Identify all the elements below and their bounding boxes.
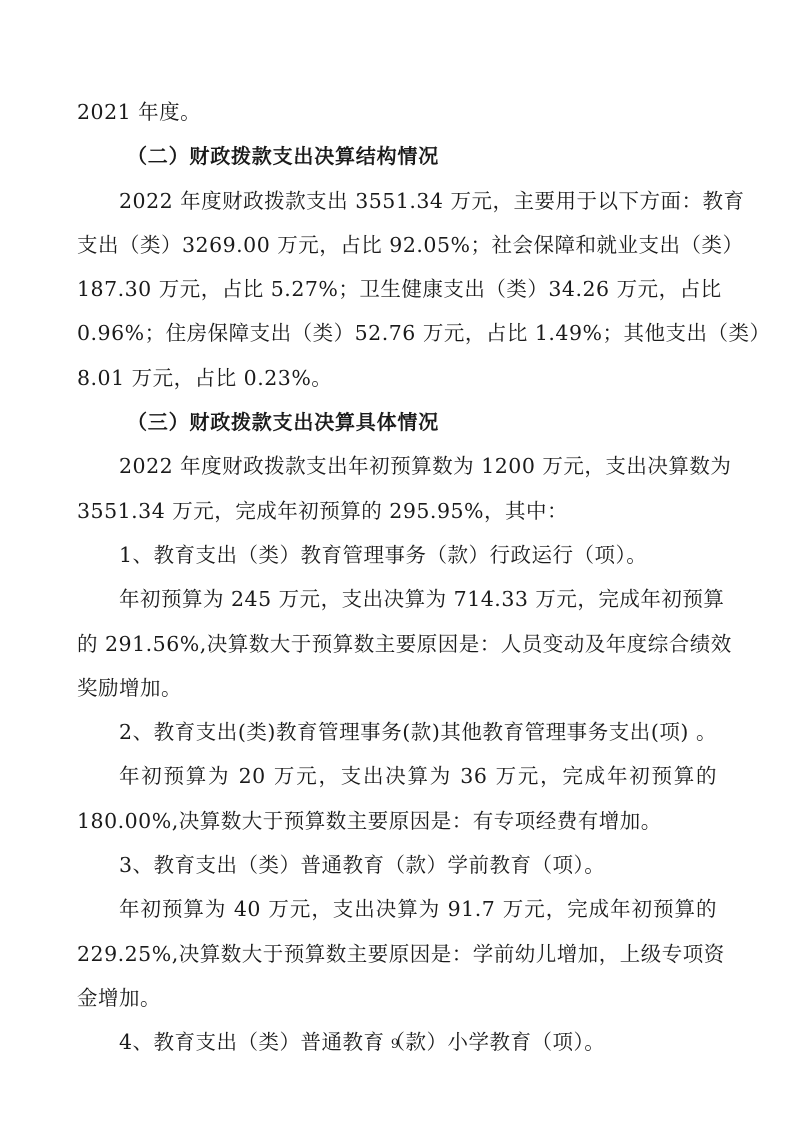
paragraph-line: 年初预算为 245 万元，支出决算为 714.33 万元，完成年初预算: [77, 583, 717, 627]
paragraph-line: 奖励增加。: [77, 672, 717, 716]
paragraph-line: 支出（类）3269.00 万元，占比 92.05%；社会保障和就业支出（类）: [77, 229, 717, 273]
paragraph-line: 年初预算为 40 万元，支出决算为 91.7 万元，完成年初预算的: [77, 893, 717, 937]
paragraph-line: 2021 年度。: [77, 96, 717, 140]
paragraph-line: 187.30 万元，占比 5.27%；卫生健康支出（类）34.26 万元，占比: [77, 273, 717, 317]
paragraph-line: 229.25%,决算数大于预算数主要原因是：学前幼儿增加，上级专项资: [77, 938, 717, 982]
item-heading-3: 3、教育支出（类）普通教育（款）学前教育（项）。: [77, 849, 717, 893]
item-heading-1: 1、教育支出（类）教育管理事务（款）行政运行（项）。: [77, 539, 717, 583]
paragraph-line: 8.01 万元，占比 0.23%。: [77, 362, 717, 406]
paragraph-line: 3551.34 万元，完成年初预算的 295.95%，其中：: [77, 495, 717, 539]
paragraph-line: 2022 年度财政拨款支出年初预算数为 1200 万元，支出决算数为: [77, 450, 717, 494]
paragraph-line: 2022 年度财政拨款支出 3551.34 万元，主要用于以下方面：教育: [77, 185, 717, 229]
paragraph-line: 金增加。: [77, 982, 717, 1026]
page-number: - 9 -: [0, 1037, 793, 1052]
document-page: 2021 年度。 （二）财政拨款支出决算结构情况 2022 年度财政拨款支出 3…: [77, 96, 717, 1071]
paragraph-line: 0.96%；住房保障支出（类）52.76 万元，占比 1.49%；其他支出（类）: [77, 317, 717, 361]
item-heading-2: 2、教育支出(类)教育管理事务(款)其他教育管理事务支出(项) 。: [77, 716, 717, 760]
paragraph-line: 年初预算为 20 万元，支出决算为 36 万元，完成年初预算的: [77, 760, 717, 804]
paragraph-line: 180.00%,决算数大于预算数主要原因是：有专项经费有增加。: [77, 805, 717, 849]
paragraph-line: 的 291.56%,决算数大于预算数主要原因是：人员变动及年度综合绩效: [77, 628, 717, 672]
section-heading-details: （三）财政拨款支出决算具体情况: [77, 406, 717, 450]
section-heading-structure: （二）财政拨款支出决算结构情况: [77, 140, 717, 184]
